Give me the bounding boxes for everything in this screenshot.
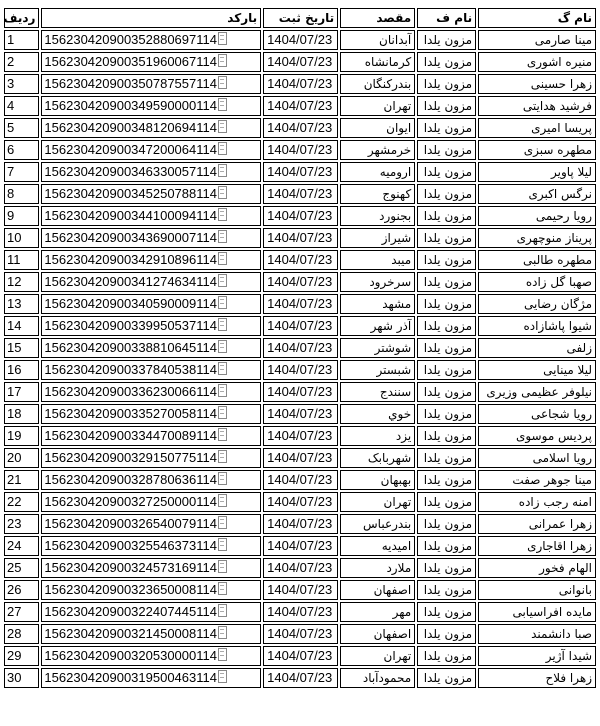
- table-row: نرگس اکبریمزون یلداکهنوج1404/07/23156230…: [4, 184, 596, 204]
- cell-barcode: 156230420900343690007114: [41, 228, 261, 248]
- cell-name_f: مزون یلدا: [417, 646, 476, 666]
- cell-barcode: 156230420900339950537114: [41, 316, 261, 336]
- cell-reg_date: 1404/07/23: [263, 426, 338, 446]
- missing-glyph-box: [218, 362, 227, 375]
- cell-name_f: مزون یلدا: [417, 316, 476, 336]
- table-row: صهبا گل زادهمزون یلداسرخرود1404/07/23156…: [4, 272, 596, 292]
- cell-name_f: مزون یلدا: [417, 74, 476, 94]
- cell-name_f: مزون یلدا: [417, 96, 476, 116]
- cell-row_no: 10: [4, 228, 39, 248]
- cell-destination: بندرعباس: [340, 514, 415, 534]
- table-row: صبا دانشمندمزون یلدااصفهان1404/07/231562…: [4, 624, 596, 644]
- cell-reg_date: 1404/07/23: [263, 514, 338, 534]
- missing-glyph-box: [218, 142, 227, 155]
- barcode-value: 156230420900349590000114: [44, 98, 217, 113]
- missing-glyph-box: [218, 274, 227, 287]
- cell-reg_date: 1404/07/23: [263, 338, 338, 358]
- cell-name_f: مزون یلدا: [417, 118, 476, 138]
- cell-name_g: پردیس موسوی: [478, 426, 596, 446]
- table-row: الهام فخورمزون یلداملارد1404/07/23156230…: [4, 558, 596, 578]
- missing-glyph-box: [218, 186, 227, 199]
- cell-row_no: 1: [4, 30, 39, 50]
- cell-name_g: زهرا اقاجاری: [478, 536, 596, 556]
- cell-destination: کرمانشاه: [340, 52, 415, 72]
- cell-destination: اصفهان: [340, 580, 415, 600]
- cell-barcode: 156230420900324573169114: [41, 558, 261, 578]
- cell-destination: ارومیه: [340, 162, 415, 182]
- cell-name_f: مزون یلدا: [417, 404, 476, 424]
- cell-destination: یزد: [340, 426, 415, 446]
- cell-row_no: 8: [4, 184, 39, 204]
- cell-name_g: لیلا پاویر: [478, 162, 596, 182]
- cell-barcode: 156230420900320530000114: [41, 646, 261, 666]
- cell-barcode: 156230420900349590000114: [41, 96, 261, 116]
- barcode-value: 156230420900351960067114: [44, 54, 217, 69]
- barcode-value: 156230420900319500463114: [44, 670, 217, 685]
- cell-name_g: زهرا حسینی: [478, 74, 596, 94]
- cell-row_no: 14: [4, 316, 39, 336]
- cell-row_no: 24: [4, 536, 39, 556]
- cell-row_no: 25: [4, 558, 39, 578]
- missing-glyph-box: [218, 516, 227, 529]
- cell-barcode: 156230420900319500463114: [41, 668, 261, 688]
- barcode-value: 156230420900345250788114: [44, 186, 217, 201]
- table-row: پریناز منوچهریمزون یلداشیراز1404/07/2315…: [4, 228, 596, 248]
- table-row: مژگان رضاییمزون یلدامشهد1404/07/23156230…: [4, 294, 596, 314]
- cell-name_f: مزون یلدا: [417, 536, 476, 556]
- cell-destination: ملارد: [340, 558, 415, 578]
- cell-reg_date: 1404/07/23: [263, 294, 338, 314]
- cell-name_g: نرگس اکبری: [478, 184, 596, 204]
- cell-name_g: لیلا مینایی: [478, 360, 596, 380]
- cell-reg_date: 1404/07/23: [263, 558, 338, 578]
- cell-name_g: زلفی: [478, 338, 596, 358]
- cell-name_f: مزون یلدا: [417, 558, 476, 578]
- table-row: شیدا آژیرمزون یلداتهران1404/07/231562304…: [4, 646, 596, 666]
- cell-barcode: 156230420900335270058114: [41, 404, 261, 424]
- missing-glyph-box: [218, 318, 227, 331]
- table-row: نیلوفر عظیمی وزیریمزون یلداسنندج1404/07/…: [4, 382, 596, 402]
- column-header-name_g: نام گ: [478, 8, 596, 28]
- cell-reg_date: 1404/07/23: [263, 646, 338, 666]
- cell-row_no: 19: [4, 426, 39, 446]
- cell-name_f: مزون یلدا: [417, 426, 476, 446]
- cell-destination: کهنوج: [340, 184, 415, 204]
- cell-reg_date: 1404/07/23: [263, 184, 338, 204]
- cell-destination: تهران: [340, 96, 415, 116]
- barcode-value: 156230420900336230066114: [44, 384, 217, 399]
- cell-reg_date: 1404/07/23: [263, 448, 338, 468]
- cell-row_no: 26: [4, 580, 39, 600]
- cell-destination: میبد: [340, 250, 415, 270]
- table-row: لیلا میناییمزون یلداشبستر1404/07/2315623…: [4, 360, 596, 380]
- missing-glyph-box: [218, 582, 227, 595]
- cell-name_f: مزون یلدا: [417, 448, 476, 468]
- missing-glyph-box: [218, 98, 227, 111]
- cell-reg_date: 1404/07/23: [263, 668, 338, 688]
- cell-name_g: مطهره سبزی: [478, 140, 596, 160]
- cell-barcode: 156230420900334470089114: [41, 426, 261, 446]
- missing-glyph-box: [218, 538, 227, 551]
- barcode-value: 156230420900343690007114: [44, 230, 217, 245]
- cell-barcode: 156230420900321450008114: [41, 624, 261, 644]
- cell-barcode: 156230420900346330057114: [41, 162, 261, 182]
- cell-name_g: منیره اشوری: [478, 52, 596, 72]
- cell-name_f: مزون یلدا: [417, 52, 476, 72]
- barcode-value: 156230420900326540079114: [44, 516, 217, 531]
- table-row: رویا رحیمیمزون یلدابجنورد1404/07/2315623…: [4, 206, 596, 226]
- cell-reg_date: 1404/07/23: [263, 470, 338, 490]
- table-row: پردیس موسویمزون یلدایزد1404/07/231562304…: [4, 426, 596, 446]
- cell-destination: شیراز: [340, 228, 415, 248]
- table-row: زهرا حسینیمزون یلدابندرکنگان1404/07/2315…: [4, 74, 596, 94]
- barcode-value: 156230420900335270058114: [44, 406, 217, 421]
- cell-name_g: مینا صارمی: [478, 30, 596, 50]
- cell-barcode: 156230420900345250788114: [41, 184, 261, 204]
- column-header-name_f: نام ف: [417, 8, 476, 28]
- report-page: نام گنام فمقصدتاریخ ثبتبارکدردیف مینا صا…: [0, 6, 600, 726]
- barcode-value: 156230420900321450008114: [44, 626, 217, 641]
- table-row: مطهره طالبیمزون یلدامیبد1404/07/23156230…: [4, 250, 596, 270]
- column-header-destination: مقصد: [340, 8, 415, 28]
- cell-name_g: الهام فخور: [478, 558, 596, 578]
- barcode-value: 156230420900324573169114: [44, 560, 217, 575]
- cell-row_no: 13: [4, 294, 39, 314]
- cell-row_no: 16: [4, 360, 39, 380]
- cell-name_g: زهرا عمرانی: [478, 514, 596, 534]
- barcode-value: 156230420900348120694114: [44, 120, 217, 135]
- cell-row_no: 5: [4, 118, 39, 138]
- cell-name_f: مزون یلدا: [417, 382, 476, 402]
- cell-barcode: 156230420900338810645114: [41, 338, 261, 358]
- cell-name_f: مزون یلدا: [417, 206, 476, 226]
- table-row: پریسا امیریمزون یلداایوان1404/07/2315623…: [4, 118, 596, 138]
- cell-destination: بهبهان: [340, 470, 415, 490]
- cell-reg_date: 1404/07/23: [263, 96, 338, 116]
- cell-name_f: مزون یلدا: [417, 228, 476, 248]
- cell-name_f: مزون یلدا: [417, 514, 476, 534]
- cell-barcode: 156230420900347200064114: [41, 140, 261, 160]
- cell-destination: تهران: [340, 492, 415, 512]
- cell-destination: مهر: [340, 602, 415, 622]
- cell-reg_date: 1404/07/23: [263, 162, 338, 182]
- barcode-value: 156230420900342910896114: [44, 252, 217, 267]
- cell-destination: آذر شهر: [340, 316, 415, 336]
- cell-barcode: 156230420900342910896114: [41, 250, 261, 270]
- cell-destination: سنندج: [340, 382, 415, 402]
- cell-barcode: 156230420900327250000114: [41, 492, 261, 512]
- cell-row_no: 11: [4, 250, 39, 270]
- cell-reg_date: 1404/07/23: [263, 272, 338, 292]
- barcode-value: 156230420900350787557114: [44, 76, 217, 91]
- cell-row_no: 27: [4, 602, 39, 622]
- cell-name_g: پریناز منوچهری: [478, 228, 596, 248]
- cell-name_f: مزون یلدا: [417, 492, 476, 512]
- cell-row_no: 28: [4, 624, 39, 644]
- cell-row_no: 18: [4, 404, 39, 424]
- cell-reg_date: 1404/07/23: [263, 580, 338, 600]
- barcode-value: 156230420900340590009114: [44, 296, 217, 311]
- cell-destination: بندرکنگان: [340, 74, 415, 94]
- cell-name_f: مزون یلدا: [417, 272, 476, 292]
- barcode-value: 156230420900344100094114: [44, 208, 217, 223]
- cell-barcode: 156230420900348120694114: [41, 118, 261, 138]
- missing-glyph-box: [218, 384, 227, 397]
- cell-reg_date: 1404/07/23: [263, 118, 338, 138]
- cell-destination: شوشتر: [340, 338, 415, 358]
- cell-barcode: 156230420900328780636114: [41, 470, 261, 490]
- missing-glyph-box: [218, 560, 227, 573]
- cell-row_no: 29: [4, 646, 39, 666]
- table-row: مایده افراسیابیمزون یلدامهر1404/07/23156…: [4, 602, 596, 622]
- barcode-value: 156230420900337840538114: [44, 362, 217, 377]
- cell-reg_date: 1404/07/23: [263, 536, 338, 556]
- barcode-value: 156230420900334470089114: [44, 428, 217, 443]
- cell-destination: تهران: [340, 646, 415, 666]
- barcode-value: 156230420900341274634114: [44, 274, 217, 289]
- cell-row_no: 3: [4, 74, 39, 94]
- table-row: زهرا فلاحمزون یلدامحمودآباد1404/07/23156…: [4, 668, 596, 688]
- shipments-table: نام گنام فمقصدتاریخ ثبتبارکدردیف مینا صا…: [2, 6, 598, 690]
- cell-row_no: 21: [4, 470, 39, 490]
- cell-barcode: 156230420900344100094114: [41, 206, 261, 226]
- cell-reg_date: 1404/07/23: [263, 492, 338, 512]
- cell-destination: ایوان: [340, 118, 415, 138]
- table-row: منیره اشوریمزون یلداکرمانشاه1404/07/2315…: [4, 52, 596, 72]
- missing-glyph-box: [218, 76, 227, 89]
- cell-name_f: مزون یلدا: [417, 184, 476, 204]
- cell-reg_date: 1404/07/23: [263, 250, 338, 270]
- cell-reg_date: 1404/07/23: [263, 360, 338, 380]
- header-row: نام گنام فمقصدتاریخ ثبتبارکدردیف: [4, 8, 596, 28]
- table-row: رویا شجاعیمزون یلداخوي1404/07/2315623042…: [4, 404, 596, 424]
- missing-glyph-box: [218, 208, 227, 221]
- cell-name_f: مزون یلدا: [417, 360, 476, 380]
- cell-barcode: 156230420900329150775114: [41, 448, 261, 468]
- cell-reg_date: 1404/07/23: [263, 228, 338, 248]
- missing-glyph-box: [218, 494, 227, 507]
- missing-glyph-box: [218, 296, 227, 309]
- cell-name_f: مزون یلدا: [417, 162, 476, 182]
- missing-glyph-box: [218, 340, 227, 353]
- cell-row_no: 23: [4, 514, 39, 534]
- cell-row_no: 20: [4, 448, 39, 468]
- cell-barcode: 156230420900325546373114: [41, 536, 261, 556]
- cell-reg_date: 1404/07/23: [263, 140, 338, 160]
- cell-reg_date: 1404/07/23: [263, 404, 338, 424]
- barcode-value: 156230420900322407445114: [44, 604, 217, 619]
- cell-destination: بجنورد: [340, 206, 415, 226]
- cell-row_no: 15: [4, 338, 39, 358]
- missing-glyph-box: [218, 604, 227, 617]
- cell-name_g: صبا دانشمند: [478, 624, 596, 644]
- table-row: مینا جوهر صفتمزون یلدابهبهان1404/07/2315…: [4, 470, 596, 490]
- cell-destination: اصفهان: [340, 624, 415, 644]
- cell-name_f: مزون یلدا: [417, 470, 476, 490]
- cell-reg_date: 1404/07/23: [263, 624, 338, 644]
- barcode-value: 156230420900346330057114: [44, 164, 217, 179]
- table-row: زهرا اقاجاریمزون یلداامیدیه1404/07/23156…: [4, 536, 596, 556]
- cell-name_g: نیلوفر عظیمی وزیری: [478, 382, 596, 402]
- missing-glyph-box: [218, 670, 227, 683]
- cell-name_g: رویا شجاعی: [478, 404, 596, 424]
- cell-reg_date: 1404/07/23: [263, 206, 338, 226]
- cell-name_f: مزون یلدا: [417, 580, 476, 600]
- cell-name_f: مزون یلدا: [417, 338, 476, 358]
- missing-glyph-box: [218, 230, 227, 243]
- cell-barcode: 156230420900323650008114: [41, 580, 261, 600]
- cell-name_g: فرشید هدایتی: [478, 96, 596, 116]
- cell-row_no: 22: [4, 492, 39, 512]
- barcode-value: 156230420900327250000114: [44, 494, 217, 509]
- table-row: مینا صارمیمزون یلداآبدانان1404/07/231562…: [4, 30, 596, 50]
- table-row: شیوا پاشازادهمزون یلداآذر شهر1404/07/231…: [4, 316, 596, 336]
- cell-name_f: مزون یلدا: [417, 140, 476, 160]
- cell-row_no: 30: [4, 668, 39, 688]
- cell-reg_date: 1404/07/23: [263, 602, 338, 622]
- cell-name_g: شیوا پاشازاده: [478, 316, 596, 336]
- cell-destination: امیدیه: [340, 536, 415, 556]
- table-row: زهرا عمرانیمزون یلدابندرعباس1404/07/2315…: [4, 514, 596, 534]
- cell-name_g: پریسا امیری: [478, 118, 596, 138]
- table-row: بانوانیمزون یلدااصفهان1404/07/2315623042…: [4, 580, 596, 600]
- cell-destination: شبستر: [340, 360, 415, 380]
- cell-row_no: 4: [4, 96, 39, 116]
- cell-name_f: مزون یلدا: [417, 294, 476, 314]
- table-row: زلفیمزون یلداشوشتر1404/07/23156230420900…: [4, 338, 596, 358]
- column-header-row_no: ردیف: [4, 8, 39, 28]
- cell-row_no: 12: [4, 272, 39, 292]
- table-row: فرشید هدایتیمزون یلداتهران1404/07/231562…: [4, 96, 596, 116]
- missing-glyph-box: [218, 472, 227, 485]
- missing-glyph-box: [218, 428, 227, 441]
- cell-destination: محمودآباد: [340, 668, 415, 688]
- missing-glyph-box: [218, 32, 227, 45]
- cell-barcode: 156230420900326540079114: [41, 514, 261, 534]
- table-row: مطهره سبزیمزون یلداخرمشهر1404/07/2315623…: [4, 140, 596, 160]
- barcode-value: 156230420900328780636114: [44, 472, 217, 487]
- missing-glyph-box: [218, 120, 227, 133]
- cell-row_no: 7: [4, 162, 39, 182]
- cell-name_g: رویا اسلامی: [478, 448, 596, 468]
- missing-glyph-box: [218, 626, 227, 639]
- barcode-value: 156230420900347200064114: [44, 142, 217, 157]
- barcode-value: 156230420900329150775114: [44, 450, 217, 465]
- barcode-value: 156230420900339950537114: [44, 318, 217, 333]
- cell-row_no: 6: [4, 140, 39, 160]
- cell-destination: شهربابک: [340, 448, 415, 468]
- cell-destination: خوي: [340, 404, 415, 424]
- cell-name_g: صهبا گل زاده: [478, 272, 596, 292]
- table-row: لیلا پاویرمزون یلداارومیه1404/07/2315623…: [4, 162, 596, 182]
- missing-glyph-box: [218, 406, 227, 419]
- barcode-value: 156230420900338810645114: [44, 340, 217, 355]
- cell-barcode: 156230420900340590009114: [41, 294, 261, 314]
- cell-name_g: مژگان رضایی: [478, 294, 596, 314]
- cell-name_g: مطهره طالبی: [478, 250, 596, 270]
- cell-destination: خرمشهر: [340, 140, 415, 160]
- cell-destination: مشهد: [340, 294, 415, 314]
- cell-destination: آبدانان: [340, 30, 415, 50]
- barcode-value: 156230420900325546373114: [44, 538, 217, 553]
- cell-name_f: مزون یلدا: [417, 250, 476, 270]
- cell-name_f: مزون یلدا: [417, 668, 476, 688]
- cell-name_g: امنه رجب زاده: [478, 492, 596, 512]
- cell-row_no: 9: [4, 206, 39, 226]
- cell-barcode: 156230420900336230066114: [41, 382, 261, 402]
- cell-destination: سرخرود: [340, 272, 415, 292]
- cell-name_g: شیدا آژیر: [478, 646, 596, 666]
- column-header-barcode: بارکد: [41, 8, 261, 28]
- cell-reg_date: 1404/07/23: [263, 316, 338, 336]
- cell-barcode: 156230420900341274634114: [41, 272, 261, 292]
- cell-name_f: مزون یلدا: [417, 30, 476, 50]
- table-row: امنه رجب زادهمزون یلداتهران1404/07/23156…: [4, 492, 596, 512]
- barcode-value: 156230420900352880697114: [44, 32, 217, 47]
- cell-name_f: مزون یلدا: [417, 602, 476, 622]
- cell-reg_date: 1404/07/23: [263, 52, 338, 72]
- cell-row_no: 2: [4, 52, 39, 72]
- missing-glyph-box: [218, 252, 227, 265]
- cell-barcode: 156230420900350787557114: [41, 74, 261, 94]
- cell-reg_date: 1404/07/23: [263, 74, 338, 94]
- cell-barcode: 156230420900322407445114: [41, 602, 261, 622]
- missing-glyph-box: [218, 648, 227, 661]
- cell-reg_date: 1404/07/23: [263, 30, 338, 50]
- column-header-reg_date: تاریخ ثبت: [263, 8, 338, 28]
- cell-barcode: 156230420900352880697114: [41, 30, 261, 50]
- cell-name_g: بانوانی: [478, 580, 596, 600]
- cell-name_g: مایده افراسیابی: [478, 602, 596, 622]
- cell-name_g: مینا جوهر صفت: [478, 470, 596, 490]
- cell-row_no: 17: [4, 382, 39, 402]
- cell-name_g: زهرا فلاح: [478, 668, 596, 688]
- barcode-value: 156230420900323650008114: [44, 582, 217, 597]
- missing-glyph-box: [218, 164, 227, 177]
- cell-name_g: رویا رحیمی: [478, 206, 596, 226]
- missing-glyph-box: [218, 450, 227, 463]
- table-row: رویا اسلامیمزون یلداشهربابک1404/07/23156…: [4, 448, 596, 468]
- cell-name_f: مزون یلدا: [417, 624, 476, 644]
- missing-glyph-box: [218, 54, 227, 67]
- barcode-value: 156230420900320530000114: [44, 648, 217, 663]
- cell-barcode: 156230420900337840538114: [41, 360, 261, 380]
- cell-barcode: 156230420900351960067114: [41, 52, 261, 72]
- cell-reg_date: 1404/07/23: [263, 382, 338, 402]
